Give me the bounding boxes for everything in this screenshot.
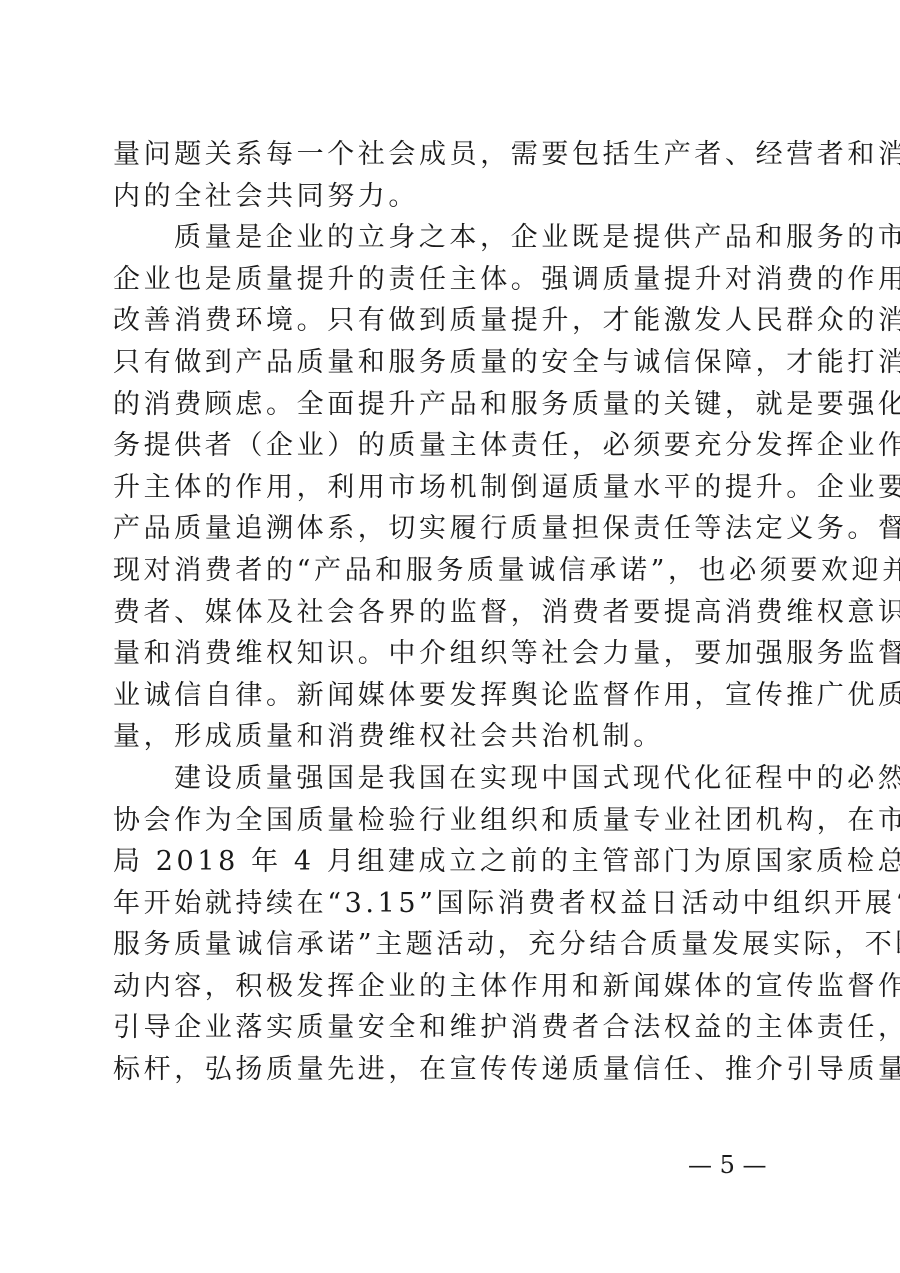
paragraph-1-line-2: 内的全社会共同努力。 xyxy=(113,176,789,218)
paragraph-3-line-3: 局 2018 年 4 月组建成立之前的主管部门为原国家质检总局，自 2000 xyxy=(113,841,789,883)
paragraph-2-line-8: 产品质量追溯体系，切实履行质量担保责任等法定义务。督促企业兑 xyxy=(113,508,789,550)
paragraph-2-line-3: 改善消费环境。只有做到质量提升，才能激发人民群众的消费热情； xyxy=(113,300,789,342)
paragraph-2-line-10: 费者、媒体及社会各界的监督，消费者要提高消费维权意识，掌握质 xyxy=(113,592,789,634)
document-page: 量问题关系每一个社会成员，需要包括生产者、经营者和消费者等在 内的全社会共同努力… xyxy=(0,0,900,1273)
paragraph-3-line-6: 动内容，积极发挥企业的主体作用和新闻媒体的宣传监督作用，督促 xyxy=(113,966,789,1008)
paragraph-2-line-7: 升主体的作用，利用市场机制倒逼质量水平的提升。企业要建立健全 xyxy=(113,467,789,509)
paragraph-2-line-4: 只有做到产品质量和服务质量的安全与诚信保障，才能打消人民群众 xyxy=(113,342,789,384)
paragraph-3-line-1: 建设质量强国是我国在实现中国式现代化征程中的必然选择。本 xyxy=(113,758,789,800)
page-number: — 5 — xyxy=(688,1150,767,1180)
paragraph-2-line-5: 的消费顾虑。全面提升产品和服务质量的关键，就是要强化产品和服 xyxy=(113,384,789,426)
body-text: 量问题关系每一个社会成员，需要包括生产者、经营者和消费者等在 内的全社会共同努力… xyxy=(113,134,789,1091)
paragraph-2-line-9: 现对消费者的“产品和服务质量诚信承诺”，也必须要欢迎并尊重消 xyxy=(113,550,789,592)
paragraph-2-line-1: 质量是企业的立身之本，企业既是提供产品和服务的市场主体， xyxy=(113,217,789,259)
paragraph-2-line-2: 企业也是质量提升的责任主体。强调质量提升对消费的作用，就是要 xyxy=(113,259,789,301)
paragraph-2-line-11: 量和消费维权知识。中介组织等社会力量，要加强服务监督，引导行 xyxy=(113,633,789,675)
paragraph-2-line-13: 量，形成质量和消费维权社会共治机制。 xyxy=(113,716,789,758)
paragraph-3-line-5: 服务质量诚信承诺”主题活动，充分结合质量发展实际，不断创新活 xyxy=(113,924,789,966)
paragraph-3-line-7: 引导企业落实质量安全和维护消费者合法权益的主体责任，树立质量 xyxy=(113,1007,789,1049)
paragraph-1-line-1: 量问题关系每一个社会成员，需要包括生产者、经营者和消费者等在 xyxy=(113,134,789,176)
paragraph-2-line-6: 务提供者（企业）的质量主体责任，必须要充分发挥企业作为质量提 xyxy=(113,425,789,467)
paragraph-2-line-12: 业诚信自律。新闻媒体要发挥舆论监督作用，宣传推广优质产品和质 xyxy=(113,675,789,717)
paragraph-3-line-4: 年开始就持续在“3.15”国际消费者权益日活动中组织开展“产品和 xyxy=(113,883,789,925)
paragraph-3-line-2: 协会作为全国质量检验行业组织和质量专业社团机构，在市场监管总 xyxy=(113,800,789,842)
paragraph-3-line-8: 标杆，弘扬质量先进，在宣传传递质量信任、推介引导质量消费和质 xyxy=(113,1049,789,1091)
